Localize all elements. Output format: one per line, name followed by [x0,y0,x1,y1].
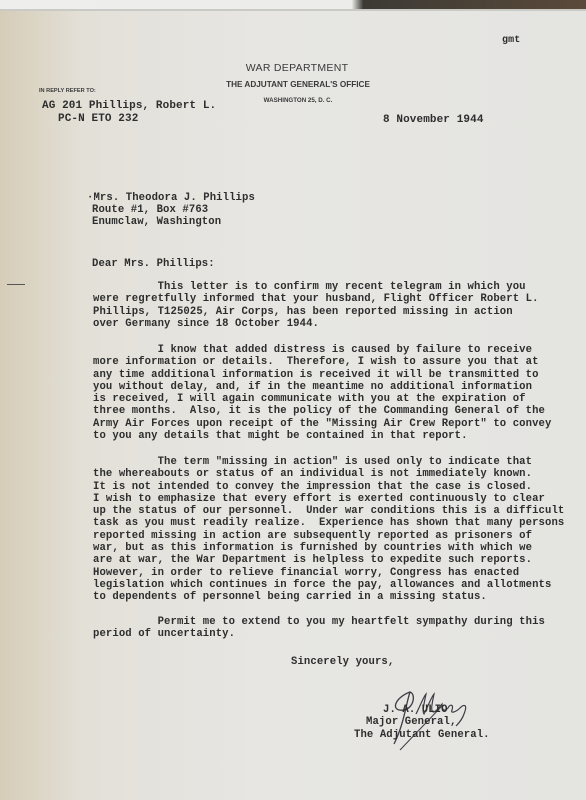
recipient-name: ·Mrs. Theodora J. Phillips [87,192,255,204]
paragraph-3: The term "missing in action" is used onl… [93,456,533,604]
reply-refer-label: IN REPLY REFER TO: [39,88,96,94]
reference-line-2: PC-N ETO 232 [58,113,138,125]
signer-title: The Adjutant General. [354,729,490,741]
reference-line-1: AG 201 Phillips, Robert L. [42,100,216,112]
letter-date: 8 November 1944 [383,114,484,126]
paragraph-1: This letter is to confirm my recent tele… [93,281,533,330]
recipient-city: Enumclaw, Washington [92,216,221,228]
paragraph-4: Permit me to extend to you my heartfelt … [93,616,533,641]
signer-rank: Major General, [366,716,456,728]
salutation: Dear Mrs. Phillips: [92,258,215,270]
signer-name: J. A. ULIO [383,704,448,716]
letter-page: gmt WAR DEPARTMENT THE ADJUTANT GENERAL'… [0,11,586,800]
recipient-street: Route #1, Box #763 [92,204,208,216]
recipient-name-text: Mrs. Theodora J. Phillips [93,192,254,204]
typist-initials: gmt [502,35,520,46]
photo-background-strip [0,0,586,9]
margin-fold-mark [7,284,25,285]
closing: Sincerely yours, [291,656,394,668]
paragraph-2: I know that added distress is caused by … [93,344,533,442]
letterhead-department: WAR DEPARTMENT [0,62,586,74]
